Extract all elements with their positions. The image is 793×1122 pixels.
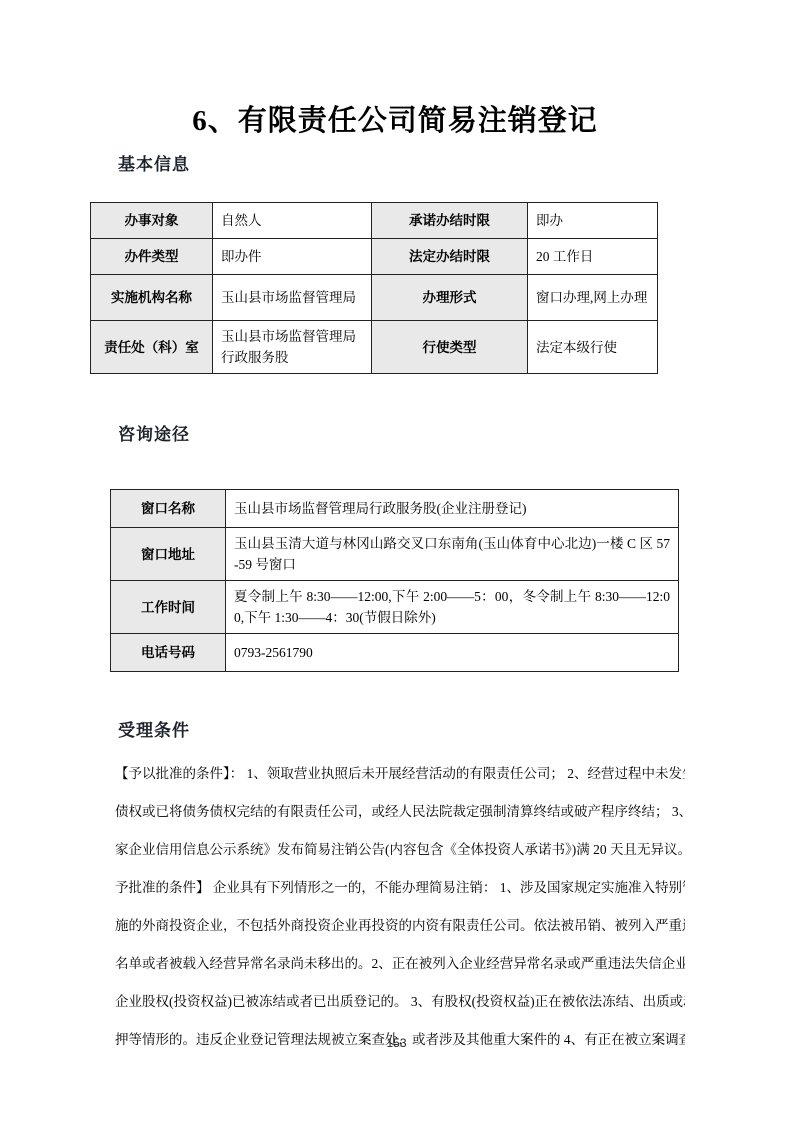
- section-heading-basic-info: 基本信息: [118, 150, 793, 175]
- cell-value: 夏令制上午 8:30——12:00,下午 2:00——5：00，冬令制上午 8:…: [226, 581, 679, 634]
- cell-label: 窗口名称: [111, 490, 226, 528]
- page-title: 6、有限责任公司简易注销登记: [90, 98, 700, 139]
- table-row: 工作时间 夏令制上午 8:30——12:00,下午 2:00——5：00，冬令制…: [111, 581, 679, 634]
- cell-value: 即办件: [213, 239, 372, 275]
- text-line: 企业股权(投资权益)已被冻结或者已出质登记的。 3、有股权(投资权益)正在被依法…: [115, 983, 685, 1021]
- section-heading-acceptance: 受理条件: [118, 716, 793, 741]
- cell-label: 责任处（科）室: [91, 321, 213, 374]
- cell-label: 实施机构名称: [91, 275, 213, 321]
- table-row: 窗口名称 玉山县市场监督管理局行政服务股(企业注册登记): [111, 490, 679, 528]
- cell-value: 玉山县玉清大道与林冈山路交叉口东南角(玉山体育中心北边)一楼 C 区 57-59…: [226, 528, 679, 581]
- cell-label: 办件类型: [91, 239, 213, 275]
- consultation-table: 窗口名称 玉山县市场监督管理局行政服务股(企业注册登记) 窗口地址 玉山县玉清大…: [110, 489, 679, 672]
- cell-label: 行使类型: [372, 321, 528, 374]
- cell-value: 玉山县市场监督管理局行政服务股(企业注册登记): [226, 490, 679, 528]
- cell-value: 窗口办理,网上办理: [528, 275, 658, 321]
- text-line: 施的外商投资企业，不包括外商投资企业再投资的内资有限责任公司。依法被吊销、被列入…: [115, 907, 685, 945]
- cell-label: 承诺办结时限: [372, 203, 528, 239]
- document-page: 6、有限责任公司简易注销登记 基本信息 办事对象 自然人 承诺办结时限 即办 办…: [0, 0, 793, 1122]
- cell-value: 玉山县市场监督管理局: [213, 275, 372, 321]
- cell-value: 法定本级行使: [528, 321, 658, 374]
- cell-value: 自然人: [213, 203, 372, 239]
- cell-label: 窗口地址: [111, 528, 226, 581]
- cell-label: 工作时间: [111, 581, 226, 634]
- table-row: 实施机构名称 玉山县市场监督管理局 办理形式 窗口办理,网上办理: [91, 275, 658, 321]
- cell-label: 办事对象: [91, 203, 213, 239]
- text-line: 债权或已将债务债权完结的有限责任公司，或经人民法院裁定强制清算终结或破产程序终结…: [115, 793, 685, 831]
- cell-label: 办理形式: [372, 275, 528, 321]
- cell-label: 电话号码: [111, 634, 226, 672]
- text-line: 予批准的条件】 企业具有下列情形之一的，不能办理简易注销： 1、涉及国家规定实施…: [115, 869, 685, 907]
- table-row: 办事对象 自然人 承诺办结时限 即办: [91, 203, 658, 239]
- table-row: 电话号码 0793-2561790: [111, 634, 679, 672]
- cell-value: 20 工作日: [528, 239, 658, 275]
- section-heading-consultation: 咨询途径: [118, 420, 793, 445]
- text-line: 【予以批准的条件】： 1、领取营业执照后未开展经营活动的有限责任公司； 2、经营…: [115, 755, 685, 793]
- cell-value: 0793-2561790: [226, 634, 679, 672]
- table-row: 责任处（科）室 玉山县市场监督管理局行政服务股 行使类型 法定本级行使: [91, 321, 658, 374]
- table-row: 窗口地址 玉山县玉清大道与林冈山路交叉口东南角(玉山体育中心北边)一楼 C 区 …: [111, 528, 679, 581]
- acceptance-conditions-text: 【予以批准的条件】： 1、领取营业执照后未开展经营活动的有限责任公司； 2、经营…: [115, 755, 685, 1059]
- table-row: 办件类型 即办件 法定办结时限 20 工作日: [91, 239, 658, 275]
- page-number: 153: [0, 1036, 793, 1050]
- cell-label: 法定办结时限: [372, 239, 528, 275]
- text-line: 名单或者被载入经营异常名录尚未移出的。2、正在被列入企业经营异常名录或严重违法失…: [115, 945, 685, 983]
- cell-value: 玉山县市场监督管理局行政服务股: [213, 321, 372, 374]
- cell-value: 即办: [528, 203, 658, 239]
- text-line: 家企业信用信息公示系统》发布简易注销公告(内容包含《全体投资人承诺书》)满 20…: [115, 831, 685, 869]
- basic-info-table: 办事对象 自然人 承诺办结时限 即办 办件类型 即办件 法定办结时限 20 工作…: [90, 202, 658, 374]
